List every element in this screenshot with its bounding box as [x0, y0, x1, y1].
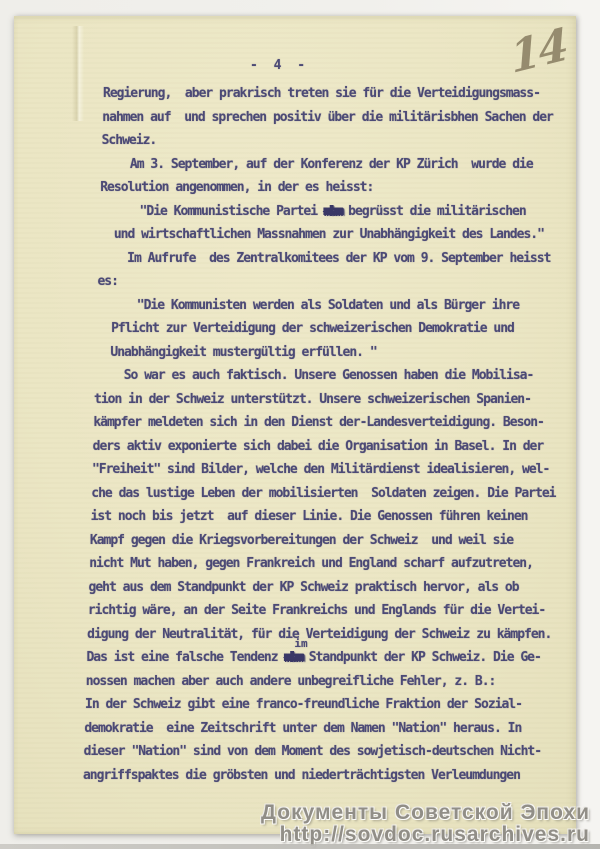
typed-line: che das lustige Leben der mobilisierten … [91, 486, 555, 501]
typed-line: Das ist eine falsche Tendenz immbm Stand… [86, 650, 540, 665]
typed-line: ders aktiv exponierte sich dabei die Org… [93, 439, 544, 454]
typed-line: und wirtschaftlichen Massnahmen zur Unab… [114, 227, 544, 242]
typed-line: dieser "Nation" sind von dem Moment des … [84, 744, 541, 759]
paper-page: - 4 - 14 Regierung, aber prakrisch trete… [14, 16, 576, 834]
interline-correction: im [294, 637, 307, 650]
typed-line: "Die Kommunistische Partei mbm begrüsst … [140, 204, 526, 219]
struck-out-word: mbm [284, 650, 301, 665]
typed-line: geht aus dem Standpunkt der KP Schweiz p… [89, 580, 519, 595]
typed-line: tion in der Schweiz unterstützt. Unsere … [94, 392, 531, 407]
typed-line: Unabhängigkeit mustergültig erfüllen. " [110, 345, 376, 360]
typed-line: angriffspaktes die gröbsten und niedertr… [83, 768, 520, 783]
photo-edge [0, 844, 600, 849]
typed-line: nicht Mut haben, gegen Frankreich und En… [89, 556, 533, 571]
typed-line: ist noch bis jetzt auf dieser Linie. Die… [91, 509, 528, 524]
typed-line: Regierung, aber prakrisch treten sie für… [103, 86, 540, 101]
typed-line: demokratie eine Zeitschrift unter dem Na… [84, 721, 521, 736]
watermark-title: Документы Советской Эпохи [261, 802, 590, 824]
typed-line: Kampf gegen die Kriegsvorbereitungen der… [90, 533, 513, 548]
typed-line: richtig wäre, an der Seite Frankreichs u… [88, 603, 545, 618]
typed-line: es: [97, 274, 117, 289]
typed-line: Im Aufrufe des Zentralkomitees der KP vo… [127, 251, 550, 266]
typed-line: So war es auch faktisch. Unsere Genossen… [124, 368, 534, 383]
struck-out-word: mbm [324, 204, 341, 219]
archive-watermark: Документы Советской Эпохи http://sovdoc.… [261, 802, 590, 846]
watermark-url: http://sovdoc.rusarchives.ru [261, 824, 590, 846]
typed-line: Am 3. September, auf der Konferenz der K… [130, 157, 533, 172]
typed-line: "Die Kommunisten werden als Soldaten und… [137, 298, 519, 313]
typed-text-block: Regierung, aber prakrisch treten sie für… [14, 16, 576, 834]
typed-line: Pflicht zur Verteidigung der schweizeris… [111, 321, 514, 336]
typed-line: In der Schweiz gibt eine franco-freundli… [85, 697, 522, 712]
typed-line: digung der Neutralität, für die Verteidi… [87, 627, 551, 642]
typed-line: Resolution angenommen, in der es heisst: [100, 180, 373, 195]
typed-line: nahmen auf und sprechen positiv über die… [102, 110, 553, 125]
typed-line: nossen machen aber auch andere unbegreif… [86, 674, 496, 689]
scanned-document: - 4 - 14 Regierung, aber prakrisch trete… [0, 0, 600, 849]
typed-line: Schweiz. [102, 133, 157, 148]
typed-line: kämpfer meldeten sich in den Dienst der-… [93, 415, 544, 430]
typed-line: "Freiheit" sind Bilder, welche den Milit… [92, 462, 549, 477]
